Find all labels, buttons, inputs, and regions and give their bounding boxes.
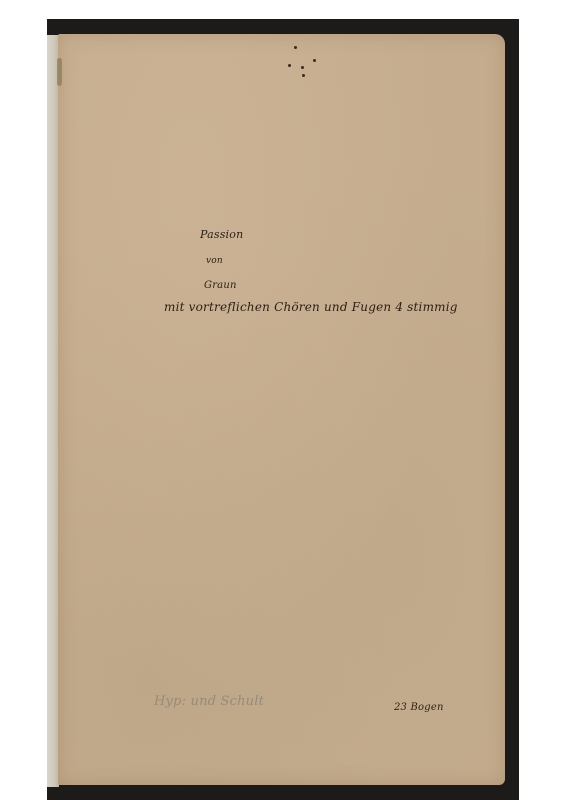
ink-spot	[294, 46, 297, 49]
title-passion: Passion	[200, 228, 243, 241]
title-von: von	[206, 256, 223, 266]
ink-spot	[313, 59, 316, 62]
ink-spot	[301, 66, 304, 69]
sheet-count: 23 Bogen	[394, 702, 444, 713]
ink-spot	[302, 74, 305, 77]
title-composer: Graun	[204, 280, 237, 291]
ink-spot	[288, 64, 291, 67]
binding-stain	[57, 58, 62, 86]
subtitle-description: mit vortreflichen Chören und Fugen 4 sti…	[164, 300, 458, 314]
manuscript-page: Passion von Graun mit vortreflichen Chör…	[58, 34, 505, 785]
pencil-annotation: Hyp: und Schult	[154, 694, 264, 709]
